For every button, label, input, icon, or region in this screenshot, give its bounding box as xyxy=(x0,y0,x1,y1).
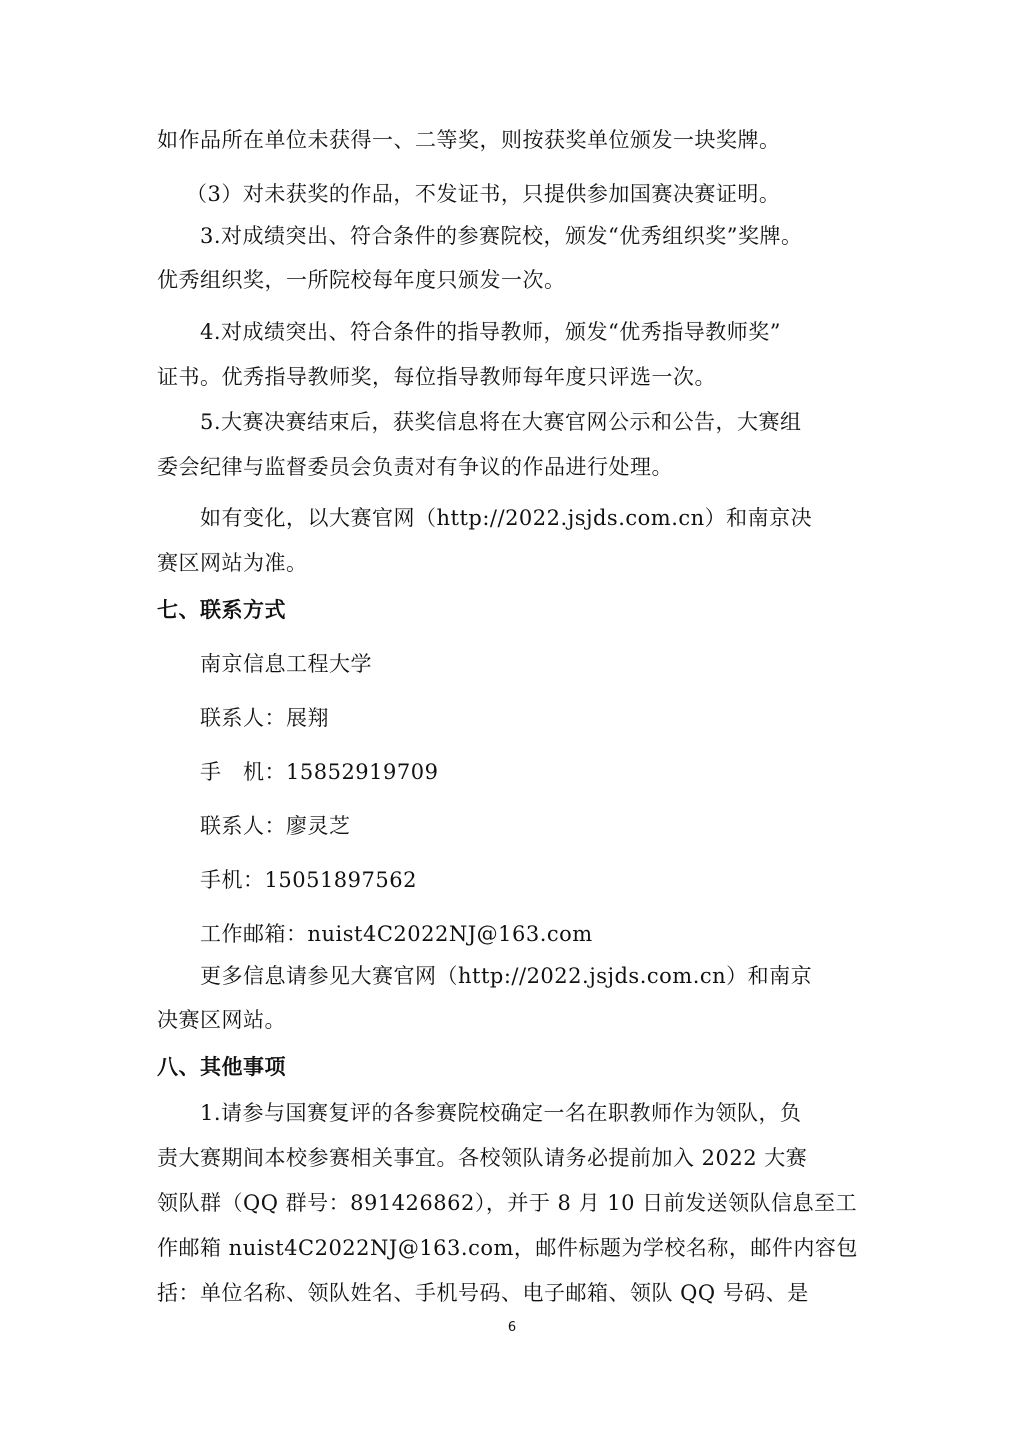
paragraph-line: 5.大赛决赛结束后，获奖信息将在大赛官网公示和公告，大赛组 xyxy=(200,408,871,436)
section-heading-other: 八、其他事项 xyxy=(157,1053,871,1081)
section-heading-contact: 七、联系方式 xyxy=(157,596,871,624)
paragraph-line: 证书。优秀指导教师奖，每位指导教师每年度只评选一次。 xyxy=(157,363,871,391)
more-info-line: 决赛区网站。 xyxy=(157,1006,871,1034)
paragraph-line: 3.对成绩突出、符合条件的参赛院校，颁发“优秀组织奖”奖牌。 xyxy=(200,222,871,250)
paragraph-line: 括：单位名称、领队姓名、手机号码、电子邮箱、领队 QQ 号码、是 xyxy=(157,1279,871,1307)
paragraph-line: 4.对成绩突出、符合条件的指导教师，颁发“优秀指导教师奖” xyxy=(200,318,871,346)
paragraph-line: 作邮箱 nuist4C2022NJ@163.com，邮件标题为学校名称，邮件内容… xyxy=(157,1234,871,1262)
paragraph-line: 如作品所在单位未获得一、二等奖，则按获奖单位颁发一块奖牌。 xyxy=(157,126,871,154)
paragraph-line: 如有变化，以大赛官网（http://2022.jsjds.com.cn）和南京决 xyxy=(200,504,871,532)
contact-org: 南京信息工程大学 xyxy=(200,650,871,678)
contact-phone-2: 手机：15051897562 xyxy=(200,866,871,894)
paragraph-line: 赛区网站为准。 xyxy=(157,549,871,577)
contact-person-2: 联系人：廖灵芝 xyxy=(200,812,871,840)
page-number: 6 xyxy=(0,1320,1024,1335)
paragraph-line: 领队群（QQ 群号：891426862），并于 8 月 10 日前发送领队信息至… xyxy=(157,1189,871,1217)
paragraph-line: 责大赛期间本校参赛相关事宜。各校领队请务必提前加入 2022 大赛 xyxy=(157,1144,871,1172)
paragraph-line: 1.请参与国赛复评的各参赛院校确定一名在职教师作为领队，负 xyxy=(200,1099,871,1127)
paragraph-line: 委会纪律与监督委员会负责对有争议的作品进行处理。 xyxy=(157,453,871,481)
more-info-line: 更多信息请参见大赛官网（http://2022.jsjds.com.cn）和南京 xyxy=(200,962,871,990)
paragraph-line: 优秀组织奖，一所院校每年度只颁发一次。 xyxy=(157,266,871,294)
contact-person-1: 联系人：展翔 xyxy=(200,704,871,732)
contact-email: 工作邮箱：nuist4C2022NJ@163.com xyxy=(200,920,871,948)
contact-phone-1: 手 机：15852919709 xyxy=(200,758,871,786)
paragraph-line: （3）对未获奖的作品，不发证书，只提供参加国赛决赛证明。 xyxy=(186,180,871,208)
